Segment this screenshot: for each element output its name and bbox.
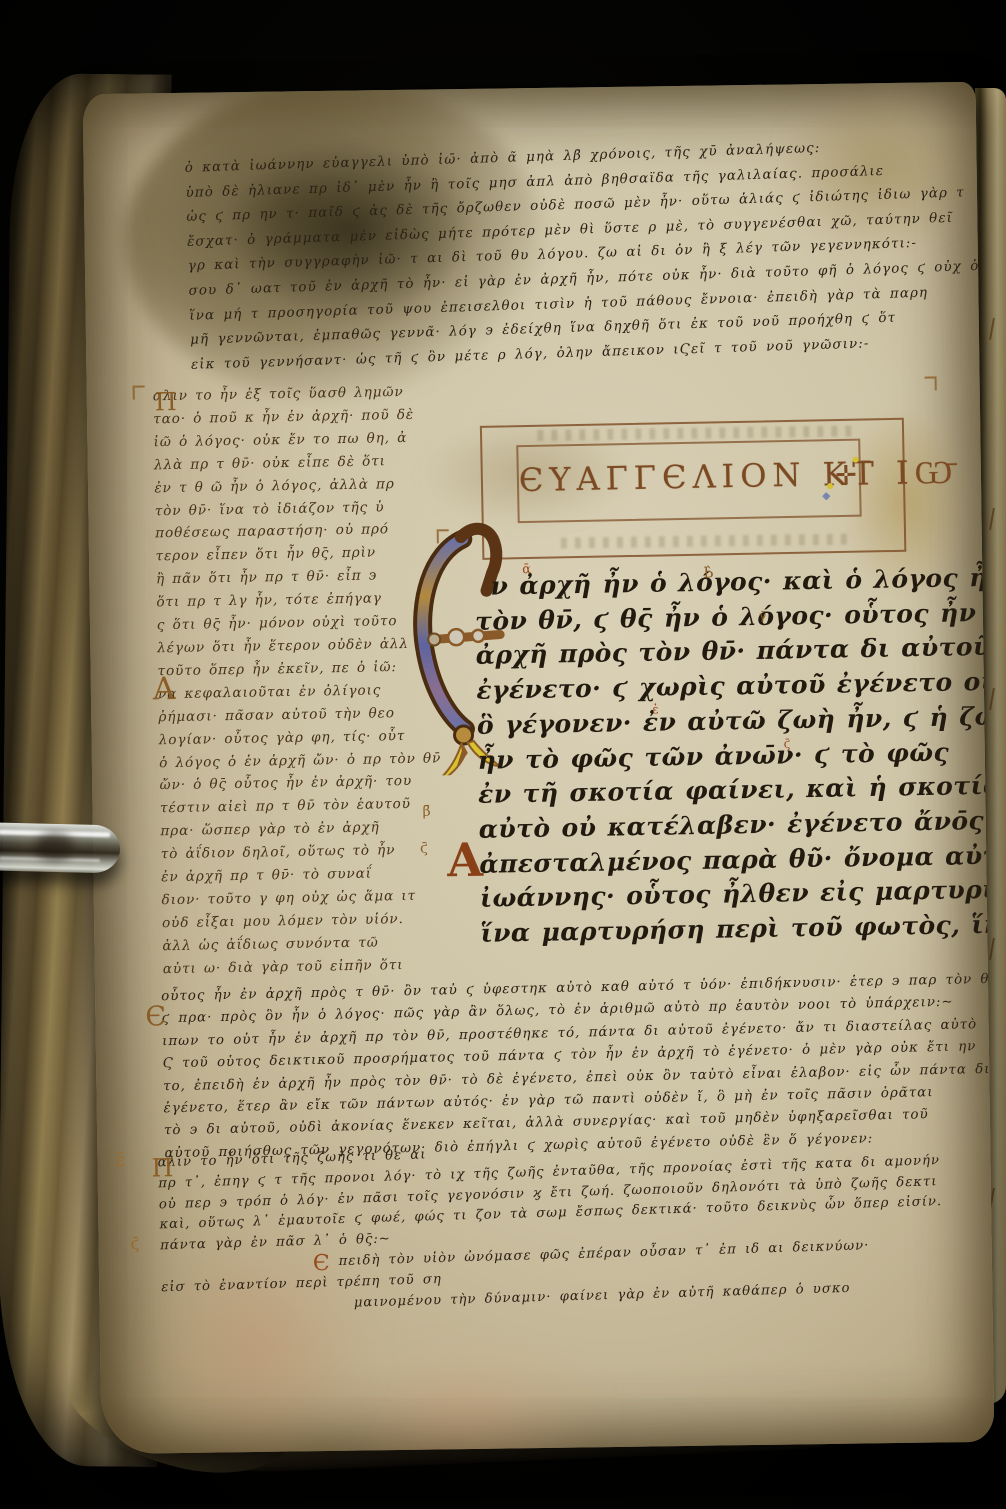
marginal-initial-pi-bottom: Π bbox=[151, 1153, 173, 1182]
cross-dot bbox=[827, 483, 833, 489]
title-inner-frame: ЄΥΑΓΓЄΛΙΟΝ ΚΤ̄ ΙѠ̄ ✛ bbox=[516, 439, 861, 524]
marginal-initial-pi: Π bbox=[155, 387, 177, 416]
rubric-initial-alpha: Α bbox=[447, 833, 483, 887]
photo-stage: ὁ κατὰ ἰωάννην εὐαγγελι ὑπὸ ἰω̄· ἀπὸ ᾶ μ… bbox=[0, 0, 1006, 1509]
marginal-initial-alpha: Α bbox=[153, 671, 176, 707]
cross-icon: ✛ bbox=[835, 461, 857, 491]
glass-rod-pointer bbox=[0, 816, 127, 883]
edge-mark bbox=[989, 688, 997, 710]
stain bbox=[320, 1337, 612, 1454]
verse-letter-epsilon: ἐ bbox=[652, 702, 659, 716]
cross-diamond bbox=[822, 492, 830, 500]
marginal-initial-epsilon: Є bbox=[145, 1001, 166, 1032]
manuscript-page: ὁ κατὰ ἰωάννην εὐαγγελι ὑπὸ ἰω̄· ἀπὸ ᾶ μ… bbox=[83, 82, 995, 1454]
verse-letter-beta: Ь̀ bbox=[703, 564, 713, 582]
edge-mark bbox=[989, 938, 997, 960]
verse-letter-gamma: γ̄ bbox=[759, 609, 766, 623]
john-gospel-text: ν ἀρχῆ ἦν ὁ λόγος· καὶ ὁ λόγος ἦν, πρὸςτ… bbox=[474, 562, 953, 952]
marginal-letter-epsilon-small: ε̄ bbox=[115, 1150, 125, 1171]
marginal-mark-stigma: ϛ̄ bbox=[420, 841, 428, 857]
cross-dot bbox=[853, 457, 859, 463]
title-frame: ЄΥΑΓΓЄΛΙΟΝ ΚΤ̄ ΙѠ̄ ✛ bbox=[480, 418, 906, 560]
text-line: ἵνα μαρτυρήση περὶ τοῦ φωτὸς, ἵνα bbox=[480, 909, 953, 952]
marginal-letter-stigma: ϛ̄ bbox=[130, 1234, 139, 1253]
corner-bracket-mark bbox=[925, 376, 937, 390]
text-line: αὐτι ω· διὰ γὰρ τοῦ εἰπῆν ὅτι bbox=[163, 953, 463, 981]
verse-letter-stigma: ϛ̄ bbox=[784, 736, 791, 750]
edge-mark bbox=[989, 318, 997, 340]
gospel-title: ЄΥΑΓΓЄΛΙΟΝ ΚΤ̄ ΙѠ̄ bbox=[519, 453, 959, 499]
edge-mark bbox=[989, 508, 997, 530]
verse-letter-alpha: ᾱ bbox=[522, 562, 531, 577]
marginal-mark-beta: β̄ bbox=[422, 804, 430, 820]
top-commentary-block: ὁ κατὰ ἰωάννην εὐαγγελι ὑπὸ ἰω̄· ἀπὸ ᾶ μ… bbox=[184, 134, 933, 379]
corner-bracket-mark bbox=[133, 385, 145, 399]
corner-bracket-mark bbox=[437, 529, 449, 543]
rubric-initial-epsilon: Є bbox=[313, 1251, 330, 1276]
bottom-commentary-block: αλιν το ἦν ὅτι τῆς ζωῆς τι θε αιπρ τ᾽, ἐ… bbox=[157, 1130, 962, 1320]
